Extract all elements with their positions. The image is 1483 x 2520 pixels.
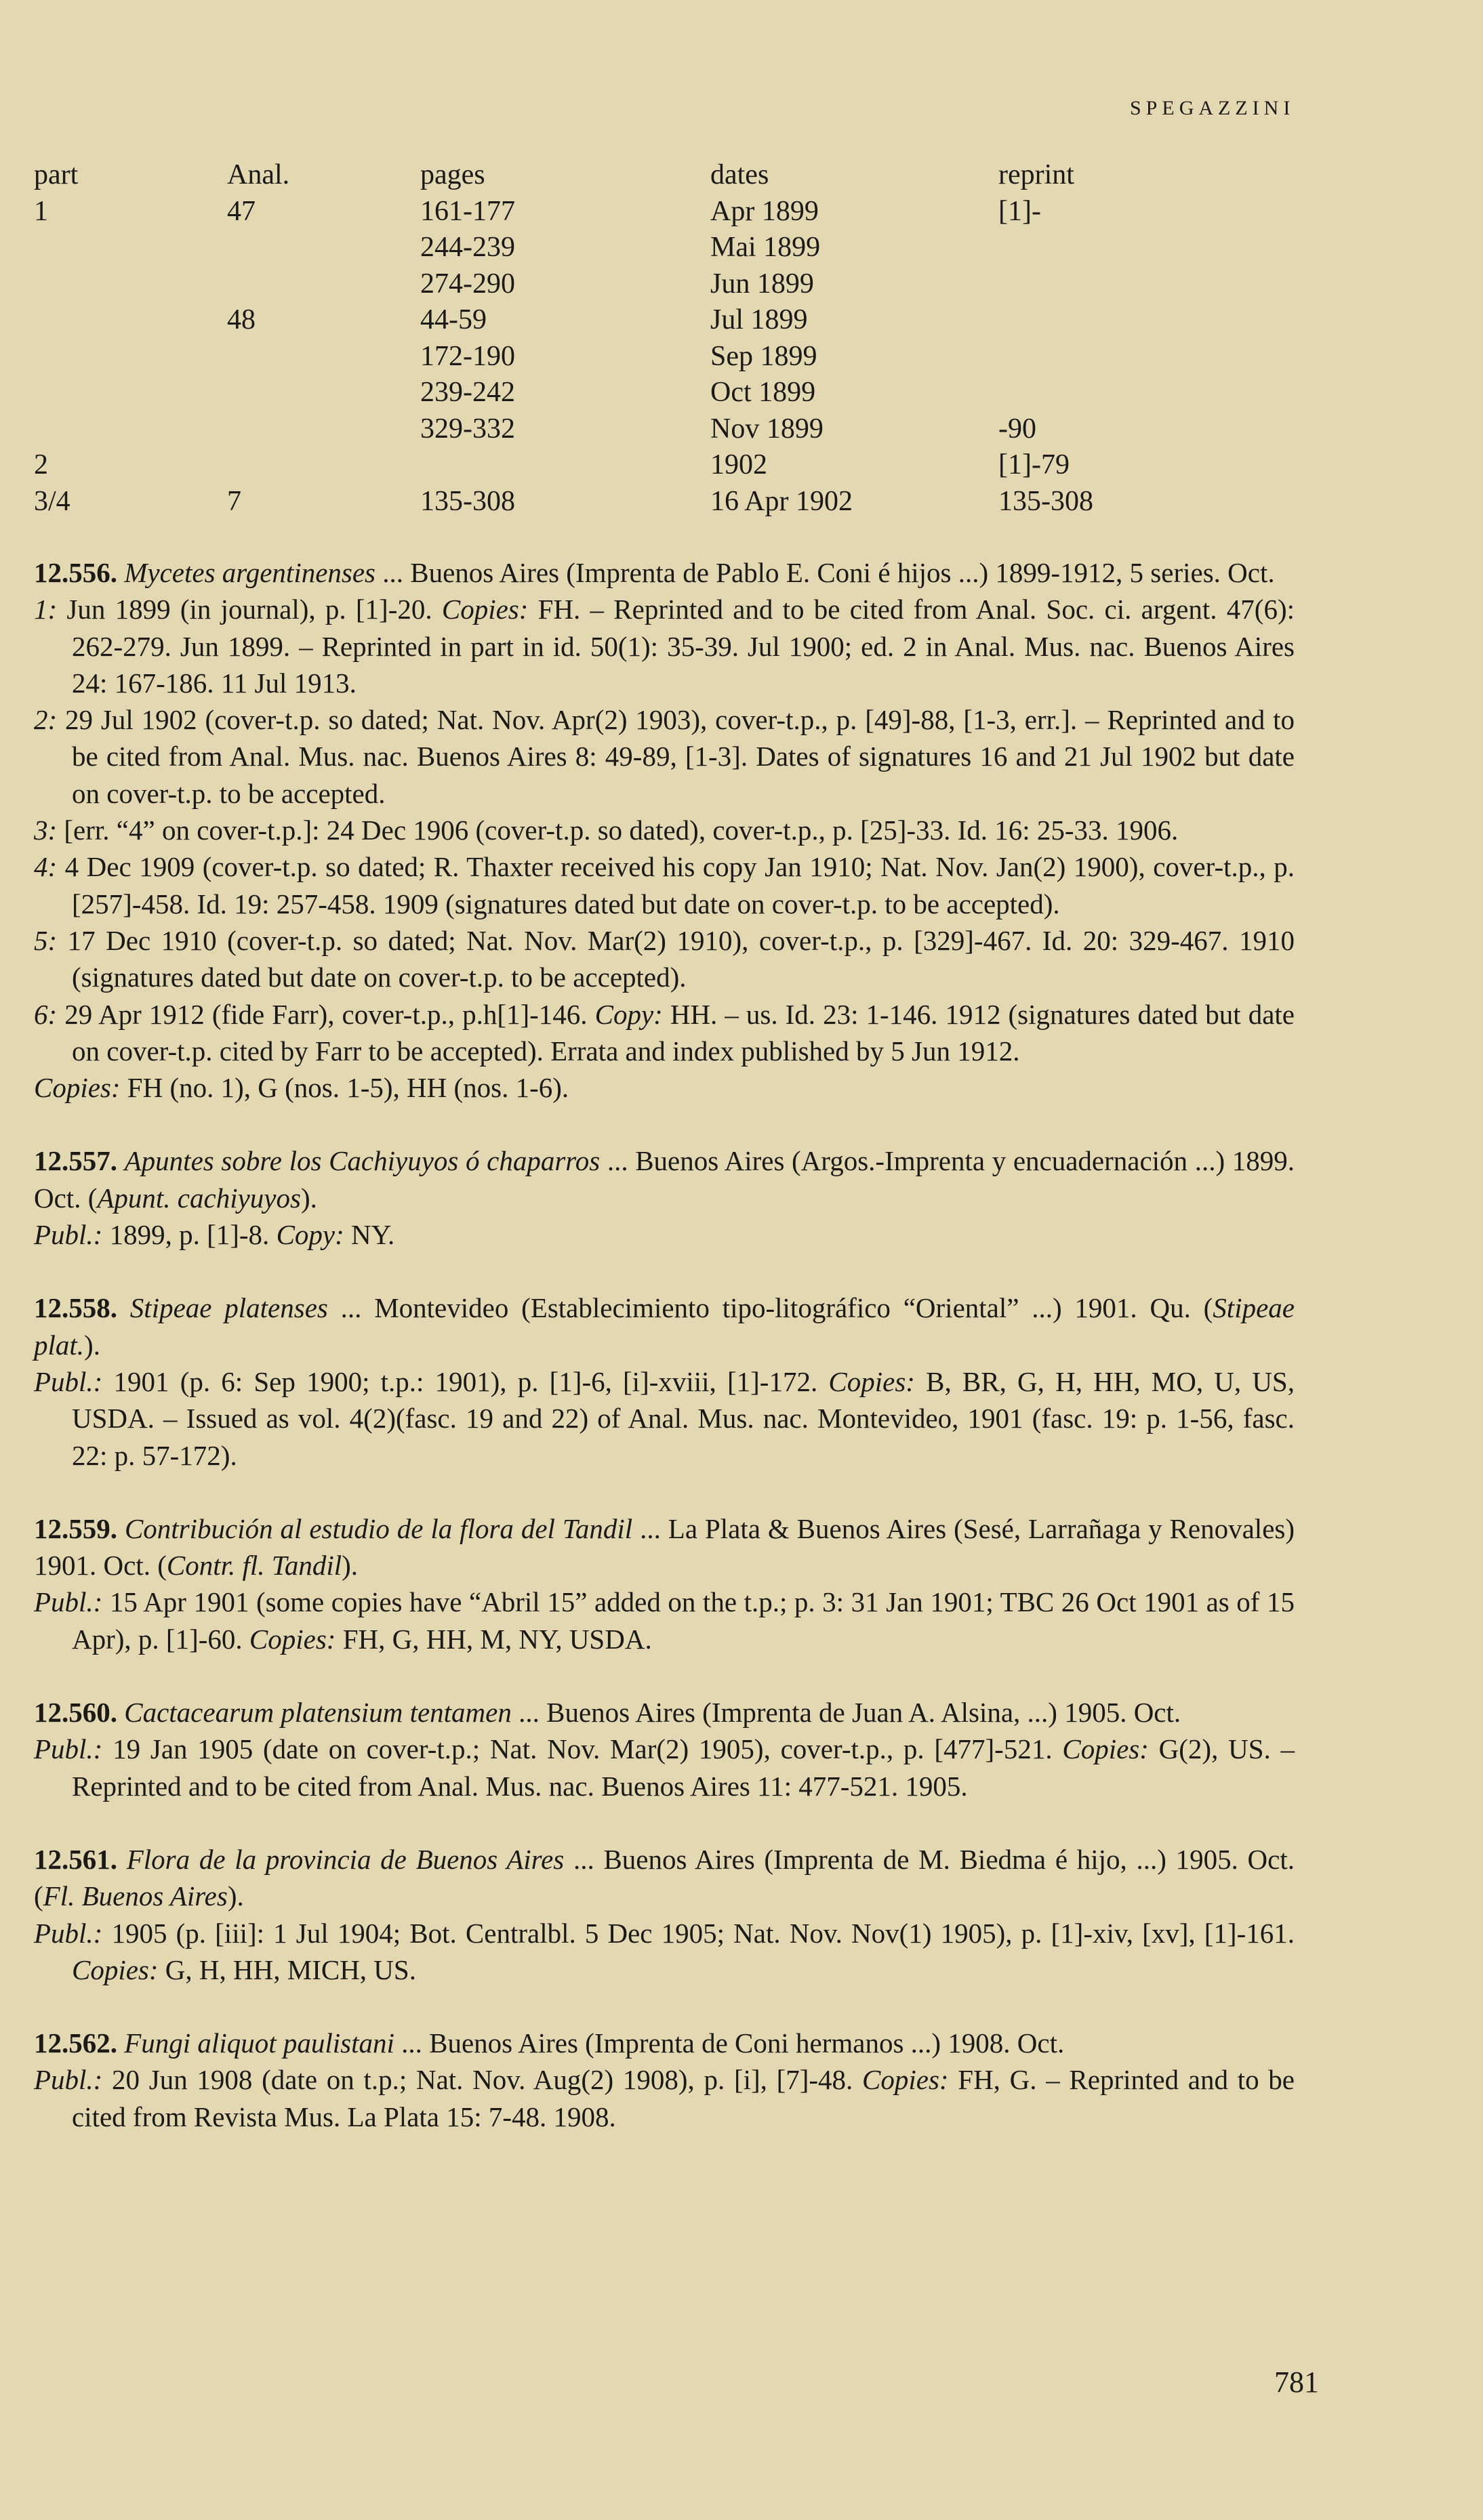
- entry-title: Contribución al estudio de la flora del …: [125, 1513, 632, 1544]
- cell-dates: Jul 1899: [710, 302, 998, 339]
- running-head: SPEGAZZINI: [1130, 97, 1295, 120]
- table-row: 3/47135-30816 Apr 1902135-308: [34, 484, 1202, 520]
- entry-12562: 12.562. Fungi aliquot paulistani ... Bue…: [34, 2025, 1295, 2135]
- publication-line: Publ.: 1899, p. [1]-8. Copy: NY.: [34, 1216, 1295, 1253]
- entry-heading: 12.562. Fungi aliquot paulistani ... Bue…: [34, 2025, 1295, 2061]
- table-row: 244-239Mai 1899: [34, 230, 1202, 266]
- cell-dates: Apr 1899: [710, 194, 998, 230]
- cell-part: [34, 230, 227, 266]
- cell-pages: 239-242: [420, 375, 710, 411]
- cell-anal: [227, 375, 420, 411]
- series-part-6: 6: 29 Apr 1912 (fide Farr), cover-t.p., …: [34, 996, 1295, 1070]
- table-row: 147161-177Apr 1899[1]-: [34, 194, 1202, 230]
- publication-line: Publ.: 1905 (p. [iii]: 1 Jul 1904; Bot. …: [34, 1915, 1295, 1989]
- entry-12560: 12.560. Cactacearum platensium tentamen …: [34, 1694, 1295, 1804]
- table-row: 21902[1]-79: [34, 447, 1202, 484]
- parts-table: part Anal. pages dates reprint 147161-17…: [34, 157, 1202, 520]
- page-number: 781: [1274, 2365, 1319, 2399]
- cell-dates: Jun 1899: [710, 266, 998, 303]
- series-part-4: 4: 4 Dec 1909 (cover-t.p. so dated; R. T…: [34, 848, 1295, 922]
- entry-heading: 12.561. Flora de la provincia de Buenos …: [34, 1841, 1295, 1915]
- table-row: 329-332Nov 1899-90: [34, 411, 1202, 448]
- entry-imprint: ... Buenos Aires (Imprenta de Pablo E. C…: [375, 557, 1275, 588]
- series-part-3: 3: [err. “4” on cover-t.p.]: 24 Dec 1906…: [34, 812, 1295, 848]
- series-part-1: 1: Jun 1899 (in journal), p. [1]-20. Cop…: [34, 591, 1295, 701]
- cell-reprint: 135-308: [998, 484, 1202, 520]
- entry-number: 12.559.: [34, 1513, 117, 1544]
- cell-reprint: [1]-: [998, 194, 1202, 230]
- cell-anal: [227, 230, 420, 266]
- col-header-dates: dates: [710, 157, 998, 194]
- cell-part: [34, 411, 227, 448]
- cell-pages: 172-190: [420, 339, 710, 375]
- cell-pages: [420, 447, 710, 484]
- cell-dates: Nov 1899: [710, 411, 998, 448]
- entry-number: 12.556.: [34, 557, 117, 588]
- entry-title: Stipeae platenses: [130, 1292, 328, 1323]
- entry-abbrev: Fl. Buenos Aires: [43, 1880, 228, 1912]
- cell-reprint: [998, 266, 1202, 303]
- cell-dates: 16 Apr 1902: [710, 484, 998, 520]
- col-header-reprint: reprint: [998, 157, 1202, 194]
- entry-number: 12.557.: [34, 1145, 117, 1176]
- entry-heading: 12.556. Mycetes argentinenses ... Buenos…: [34, 554, 1295, 591]
- cell-part: [34, 266, 227, 303]
- entry-title: Flora de la provincia de Buenos Aires: [127, 1844, 565, 1875]
- cell-dates: 1902: [710, 447, 998, 484]
- cell-reprint: -90: [998, 411, 1202, 448]
- cell-anal: 48: [227, 302, 420, 339]
- entry-12561: 12.561. Flora de la provincia de Buenos …: [34, 1841, 1295, 1988]
- entry-heading: 12.560. Cactacearum platensium tentamen …: [34, 1694, 1295, 1731]
- entry-number: 12.560.: [34, 1697, 117, 1728]
- cell-anal: [227, 447, 420, 484]
- col-header-part: part: [34, 157, 227, 194]
- entry-title: Fungi aliquot paulistani: [124, 2027, 394, 2059]
- series-part-5: 5: 17 Dec 1910 (cover-t.p. so dated; Nat…: [34, 922, 1295, 996]
- entry-abbrev: Contr. fl. Tandil: [167, 1550, 342, 1581]
- cell-part: 1: [34, 194, 227, 230]
- entry-12556: 12.556. Mycetes argentinenses ... Buenos…: [34, 554, 1295, 1106]
- entry-12558: 12.558. Stipeae platenses ... Montevideo…: [34, 1289, 1295, 1473]
- cell-part: 2: [34, 447, 227, 484]
- cell-part: [34, 302, 227, 339]
- cell-pages: 44-59: [420, 302, 710, 339]
- table-header-row: part Anal. pages dates reprint: [34, 157, 1202, 194]
- cell-pages: 329-332: [420, 411, 710, 448]
- entry-abbrev: Apunt. cachiyuyos: [97, 1182, 301, 1214]
- cell-pages: 274-290: [420, 266, 710, 303]
- entry-title: Cactacearum platensium tentamen: [124, 1697, 512, 1728]
- table-row: 274-290Jun 1899: [34, 266, 1202, 303]
- copies-line: Copies: FH (no. 1), G (nos. 1-5), HH (no…: [34, 1069, 1295, 1106]
- entry-title: Mycetes argentinenses: [124, 557, 375, 588]
- cell-reprint: [1]-79: [998, 447, 1202, 484]
- series-part-2: 2: 29 Jul 1902 (cover-t.p. so dated; Nat…: [34, 701, 1295, 812]
- publication-line: Publ.: 19 Jan 1905 (date on cover-t.p.; …: [34, 1731, 1295, 1804]
- cell-anal: [227, 266, 420, 303]
- cell-reprint: [998, 302, 1202, 339]
- publication-line: Publ.: 15 Apr 1901 (some copies have “Ab…: [34, 1584, 1295, 1657]
- entry-title: Apuntes sobre los Cachiyuyos ó chaparros: [125, 1145, 601, 1176]
- col-header-anal: Anal.: [227, 157, 420, 194]
- entry-heading: 12.557. Apuntes sobre los Cachiyuyos ó c…: [34, 1142, 1295, 1216]
- cell-pages: 135-308: [420, 484, 710, 520]
- cell-part: [34, 375, 227, 411]
- cell-anal: [227, 339, 420, 375]
- cell-anal: 47: [227, 194, 420, 230]
- cell-reprint: [998, 375, 1202, 411]
- cell-pages: 161-177: [420, 194, 710, 230]
- cell-dates: Oct 1899: [710, 375, 998, 411]
- entry-12559: 12.559. Contribución al estudio de la fl…: [34, 1510, 1295, 1657]
- cell-pages: 244-239: [420, 230, 710, 266]
- cell-reprint: [998, 339, 1202, 375]
- cell-dates: Sep 1899: [710, 339, 998, 375]
- entry-number: 12.562.: [34, 2027, 117, 2059]
- cell-anal: [227, 411, 420, 448]
- entry-number: 12.558.: [34, 1292, 117, 1323]
- table-row: 172-190Sep 1899: [34, 339, 1202, 375]
- entry-heading: 12.559. Contribución al estudio de la fl…: [34, 1510, 1295, 1584]
- col-header-pages: pages: [420, 157, 710, 194]
- bibliography-entries: 12.556. Mycetes argentinenses ... Buenos…: [34, 554, 1295, 2172]
- cell-reprint: [998, 230, 1202, 266]
- cell-part: [34, 339, 227, 375]
- cell-dates: Mai 1899: [710, 230, 998, 266]
- table-row: 4844-59Jul 1899: [34, 302, 1202, 339]
- publication-line: Publ.: 20 Jun 1908 (date on t.p.; Nat. N…: [34, 2061, 1295, 2135]
- cell-anal: 7: [227, 484, 420, 520]
- entry-12557: 12.557. Apuntes sobre los Cachiyuyos ó c…: [34, 1142, 1295, 1253]
- entry-number: 12.561.: [34, 1844, 117, 1875]
- table-row: 239-242Oct 1899: [34, 375, 1202, 411]
- entry-heading: 12.558. Stipeae platenses ... Montevideo…: [34, 1289, 1295, 1363]
- publication-line: Publ.: 1901 (p. 6: Sep 1900; t.p.: 1901)…: [34, 1363, 1295, 1474]
- cell-part: 3/4: [34, 484, 227, 520]
